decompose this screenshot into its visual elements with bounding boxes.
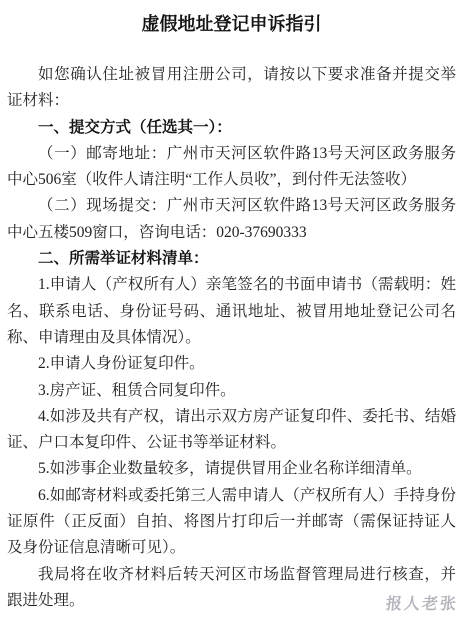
item-onsite-submission: （二）现场提交：广州市天河区软件路13号天河区政务服务中心五楼509窗口，咨询电… <box>7 193 456 246</box>
material-item-2-id-copy: 2.申请人身份证复印件。 <box>7 351 456 377</box>
paragraph-closing: 我局将在收齐材料后转天河区市场监督管理局进行核查，并跟进处理。 <box>7 562 456 615</box>
material-item-6-id-selfie: 6.如邮寄材料或委托第三人需申请人（产权所有人）手持身份证原件（正反面）自拍、将… <box>7 483 456 562</box>
document-title: 虚假地址登记申诉指引 <box>7 12 456 36</box>
material-item-4-shared-ownership: 4.如涉及共有产权，请出示双方房产证复印件、委托书、结婚证、户口本复印件、公证书… <box>7 404 456 457</box>
material-item-3-property-cert: 3.房产证、租赁合同复印件。 <box>7 378 456 404</box>
document-page: 虚假地址登记申诉指引 如您确认住址被冒用注册公司，请按以下要求准备并提交举证材料… <box>0 0 462 618</box>
paragraph-intro: 如您确认住址被冒用注册公司，请按以下要求准备并提交举证材料： <box>7 62 456 115</box>
item-mail-address: （一）邮寄地址：广州市天河区软件路13号天河区政务服务中心506室（收件人请注明… <box>7 141 456 194</box>
material-item-1-written-application: 1.申请人（产权所有人）亲笔签名的书面申请书（需载明：姓名、联系电话、身份证号码… <box>7 272 456 351</box>
section-heading-materials-list: 二、所需举证材料清单： <box>7 246 456 272</box>
section-heading-submission-methods: 一、提交方式（任选其一）： <box>7 115 456 141</box>
material-item-5-company-list: 5.如涉事企业数量较多，请提供冒用企业名称详细清单。 <box>7 456 456 482</box>
